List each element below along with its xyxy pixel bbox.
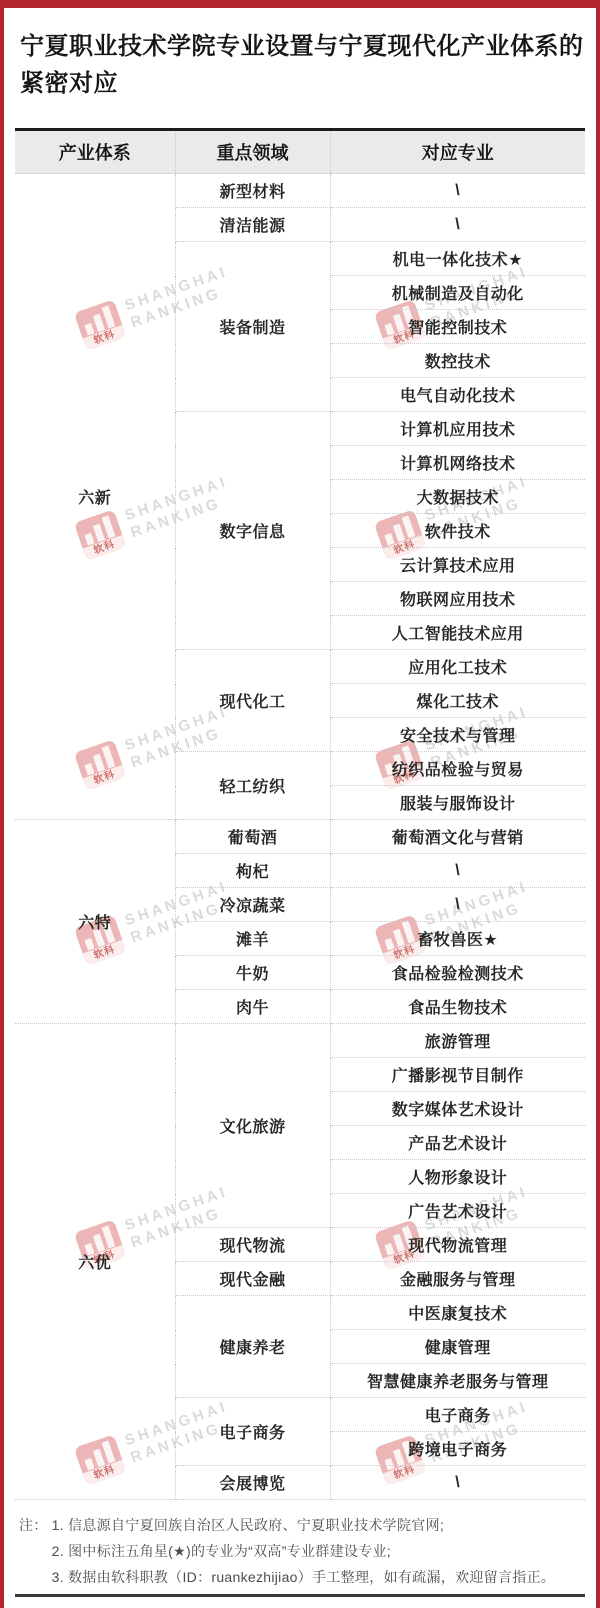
key-field-cell: 冷凉蔬菜 — [175, 888, 330, 922]
major-cell: 旅游管理 — [330, 1024, 585, 1058]
key-field-cell: 牛奶 — [175, 956, 330, 990]
major-cell: \ — [330, 888, 585, 922]
note-item: 1. 信息源自宁夏回族自治区人民政府、宁夏职业技术学院官网; — [52, 1512, 556, 1538]
key-field-cell: 轻工纺织 — [175, 752, 330, 820]
major-cell: 软件技术 — [330, 514, 585, 548]
major-cell: 中医康复技术 — [330, 1296, 585, 1330]
major-cell: 数字媒体艺术设计 — [330, 1092, 585, 1126]
major-cell: 机电一体化技术★ — [330, 242, 585, 276]
major-cell: 人工智能技术应用 — [330, 616, 585, 650]
major-cell: 大数据技术 — [330, 480, 585, 514]
header-row: 产业体系 重点领域 对应专业 — [15, 130, 585, 174]
key-field-cell: 会展博览 — [175, 1466, 330, 1500]
major-cell: 应用化工技术 — [330, 650, 585, 684]
major-cell: 广播影视节目制作 — [330, 1058, 585, 1092]
table-row: 六新新型材料\ — [15, 174, 585, 208]
major-cell: 安全技术与管理 — [330, 718, 585, 752]
col-header-key-field: 重点领域 — [175, 130, 330, 174]
major-cell: 云计算技术应用 — [330, 548, 585, 582]
major-cell: 计算机网络技术 — [330, 446, 585, 480]
key-field-cell: 现代物流 — [175, 1228, 330, 1262]
majors-table: 产业体系 重点领域 对应专业 六新新型材料\清洁能源\装备制造机电一体化技术★机… — [15, 128, 585, 1500]
major-cell: 金融服务与管理 — [330, 1262, 585, 1296]
major-cell: 纺织品检验与贸易 — [330, 752, 585, 786]
bottom-rule — [15, 1594, 585, 1597]
key-field-cell: 数字信息 — [175, 412, 330, 650]
major-cell: 食品检验检测技术 — [330, 956, 585, 990]
major-cell: \ — [330, 1466, 585, 1500]
industry-system-cell: 六特 — [15, 820, 175, 1024]
key-field-cell: 葡萄酒 — [175, 820, 330, 854]
major-cell: 广告艺术设计 — [330, 1194, 585, 1228]
major-cell: 产品艺术设计 — [330, 1126, 585, 1160]
key-field-cell: 文化旅游 — [175, 1024, 330, 1228]
industry-system-cell: 六优 — [15, 1024, 175, 1500]
major-cell: 葡萄酒文化与营销 — [330, 820, 585, 854]
key-field-cell: 健康养老 — [175, 1296, 330, 1398]
major-cell: \ — [330, 174, 585, 208]
major-cell: 智能控制技术 — [330, 310, 585, 344]
key-field-cell: 电子商务 — [175, 1398, 330, 1466]
major-cell: 物联网应用技术 — [330, 582, 585, 616]
page-title: 宁夏职业技术学院专业设置与宁夏现代化产业体系的紧密对应 — [20, 8, 585, 102]
major-cell: 现代物流管理 — [330, 1228, 585, 1262]
major-cell: 机械制造及自动化 — [330, 276, 585, 310]
notes-block: 注： 1. 信息源自宁夏回族自治区人民政府、宁夏职业技术学院官网; 2. 图中标… — [19, 1512, 585, 1590]
note-item: 2. 图中标注五角星(★)的专业为“双高”专业群建设专业; — [52, 1538, 556, 1564]
major-cell: 畜牧兽医★ — [330, 922, 585, 956]
major-cell: 计算机应用技术 — [330, 412, 585, 446]
table-row: 六特葡萄酒葡萄酒文化与营销 — [15, 820, 585, 854]
notes-prefix: 注： — [19, 1512, 48, 1590]
key-field-cell: 肉牛 — [175, 990, 330, 1024]
key-field-cell: 新型材料 — [175, 174, 330, 208]
key-field-cell: 现代金融 — [175, 1262, 330, 1296]
major-cell: \ — [330, 208, 585, 242]
key-field-cell: 滩羊 — [175, 922, 330, 956]
key-field-cell: 装备制造 — [175, 242, 330, 412]
major-cell: 智慧健康养老服务与管理 — [330, 1364, 585, 1398]
key-field-cell: 现代化工 — [175, 650, 330, 752]
note-item: 3. 数据由软科职教（ID：ruankezhijiao）手工整理，如有疏漏，欢迎… — [52, 1564, 556, 1590]
major-cell: 健康管理 — [330, 1330, 585, 1364]
industry-system-cell: 六新 — [15, 174, 175, 820]
major-cell: 数控技术 — [330, 344, 585, 378]
major-cell: 人物形象设计 — [330, 1160, 585, 1194]
col-header-majors: 对应专业 — [330, 130, 585, 174]
major-cell: 电气自动化技术 — [330, 378, 585, 412]
infographic-frame: 软科SHANGHAIRANKING软科SHANGHAIRANKING软科SHAN… — [0, 0, 600, 1608]
table-row: 六优文化旅游旅游管理 — [15, 1024, 585, 1058]
key-field-cell: 清洁能源 — [175, 208, 330, 242]
major-cell: 食品生物技术 — [330, 990, 585, 1024]
major-cell: 跨境电子商务 — [330, 1432, 585, 1466]
key-field-cell: 枸杞 — [175, 854, 330, 888]
major-cell: 服装与服饰设计 — [330, 786, 585, 820]
major-cell: 煤化工技术 — [330, 684, 585, 718]
major-cell: \ — [330, 854, 585, 888]
col-header-industry-system: 产业体系 — [15, 130, 175, 174]
major-cell: 电子商务 — [330, 1398, 585, 1432]
